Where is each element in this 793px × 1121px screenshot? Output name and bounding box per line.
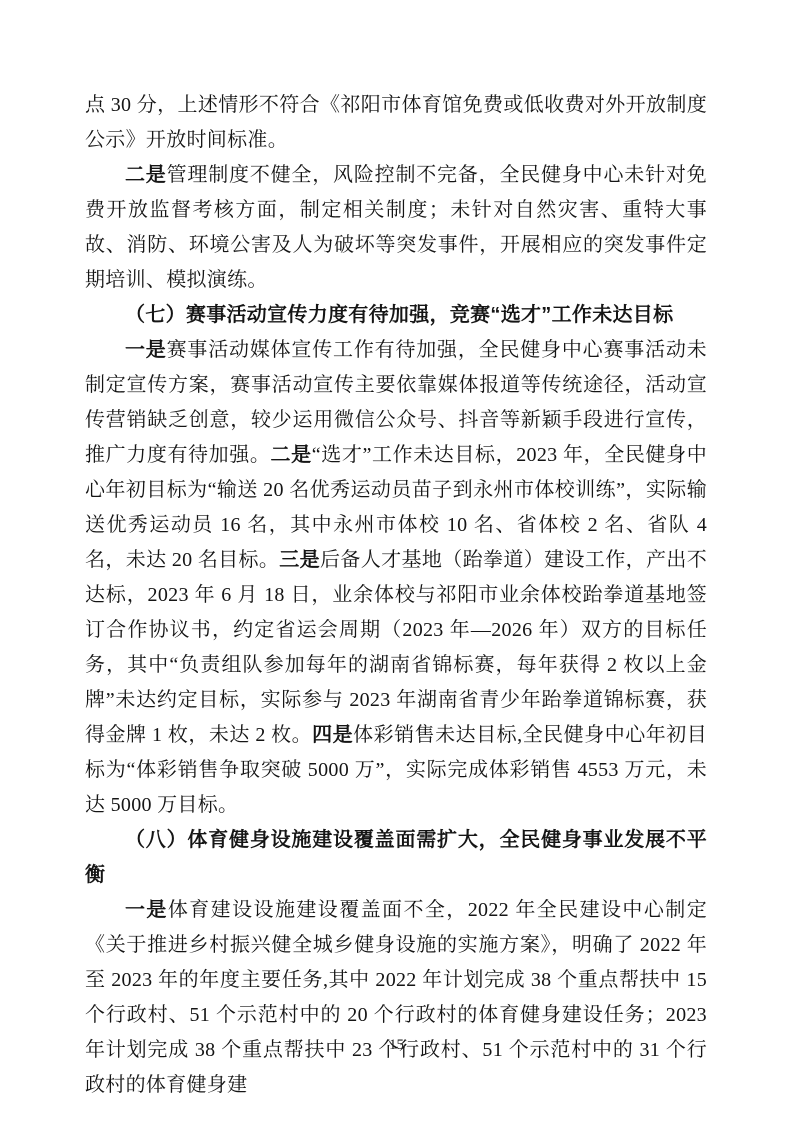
document-page: 点 30 分，上述情形不符合《祁阳市体育馆免费或低收费对外开放制度公示》开放时间… xyxy=(0,0,793,1121)
item-marker-second: 二是 xyxy=(271,444,312,466)
item-marker-fourth: 四是 xyxy=(312,724,353,746)
page-footer: 15 xyxy=(0,1036,793,1054)
item-marker-third: 三是 xyxy=(279,549,320,571)
paragraph-section-8: 一是体育建设设施建设覆盖面不全，2022 年全民建设中心制定《关于推进乡村振兴健… xyxy=(85,893,707,1103)
item-marker-second: 二是 xyxy=(125,164,167,186)
section-8-heading: （八）体育健身设施建设覆盖面需扩大，全民健身事业发展不平衡 xyxy=(85,823,707,893)
section-7-item-third-text: 后备人才基地（跆拳道）建设工作，产出不达标，2023 年 6 月 18 日，业余… xyxy=(85,549,707,746)
paragraph-management: 二是管理制度不健全，风险控制不完备，全民健身中心未针对免费开放监督考核方面，制定… xyxy=(85,158,707,298)
page-content: 点 30 分，上述情形不符合《祁阳市体育馆免费或低收费对外开放制度公示》开放时间… xyxy=(85,88,707,1103)
paragraph-continuation: 点 30 分，上述情形不符合《祁阳市体育馆免费或低收费对外开放制度公示》开放时间… xyxy=(85,88,707,158)
section-7-heading: （七）赛事活动宣传力度有待加强，竞赛“选才”工作未达目标 xyxy=(85,298,707,333)
section-8-item-first-text: 体育建设设施建设覆盖面不全，2022 年全民建设中心制定《关于推进乡村振兴健全城… xyxy=(85,899,707,1096)
item-marker-first: 一是 xyxy=(125,339,167,361)
paragraph-section-7: 一是赛事活动媒体宣传工作有待加强，全民健身中心赛事活动未制定宣传方案，赛事活动宣… xyxy=(85,333,707,823)
paragraph-management-text: 管理制度不健全，风险控制不完备，全民健身中心未针对免费开放监督考核方面，制定相关… xyxy=(85,164,707,291)
page-number: 15 xyxy=(389,1037,404,1053)
item-marker-first: 一是 xyxy=(125,899,168,921)
